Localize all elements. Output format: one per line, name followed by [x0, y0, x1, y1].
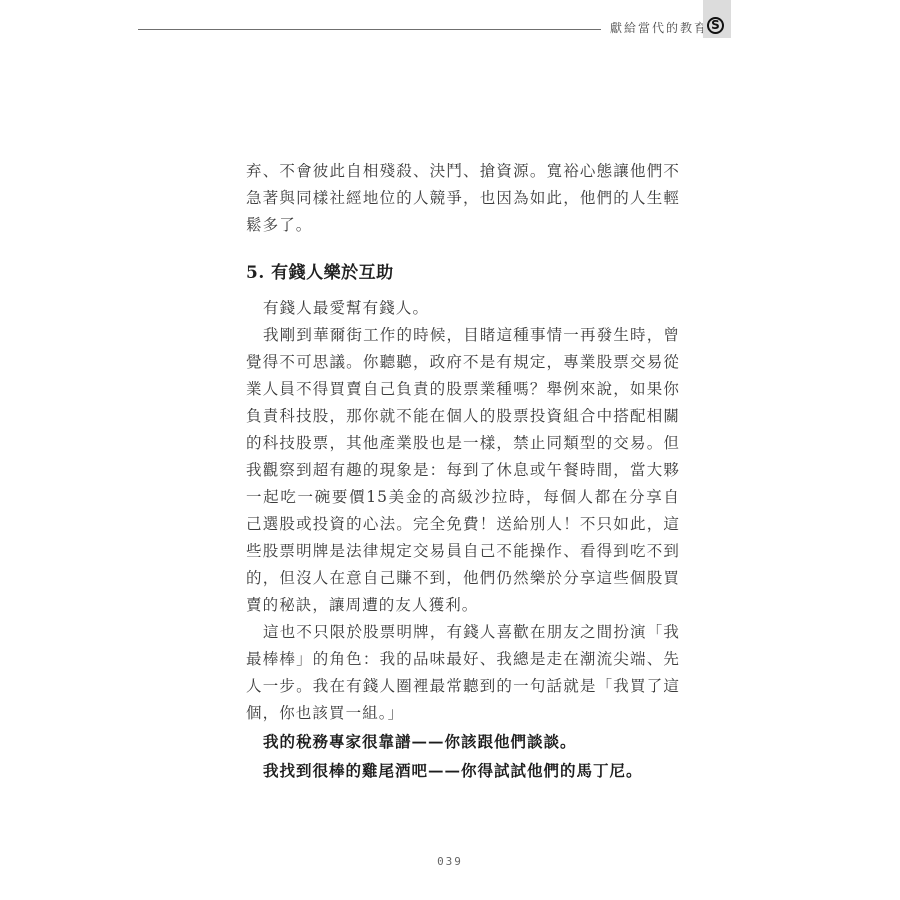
- section-heading: 5. 有錢人樂於互助: [246, 259, 680, 287]
- paragraph: 我剛到華爾街工作的時候，目睹這種事情一再發生時，曾覺得不可思議。你聽聽，政府不是…: [246, 322, 680, 619]
- paragraph: 有錢人最愛幫有錢人。: [246, 295, 680, 322]
- paragraph: 這也不只限於股票明牌，有錢人喜歡在朋友之間扮演「我最棒棒」的角色：我的品味最好、…: [246, 619, 680, 727]
- page-number: 039: [0, 855, 900, 868]
- header-rule: [138, 29, 601, 30]
- chapter-tab: S: [703, 0, 731, 38]
- bold-quote: 我的稅務專家很靠譜——你該跟他們談談。: [246, 727, 680, 756]
- s-circle-icon: S: [707, 17, 724, 34]
- page-body: 弃、不會彼此自相殘殺、決鬥、搶資源。寬裕心態讓他們不急著與同樣社經地位的人競爭，…: [246, 158, 680, 785]
- running-title: 獻給當代的教育: [610, 20, 708, 36]
- opening-paragraph: 弃、不會彼此自相殘殺、決鬥、搶資源。寬裕心態讓他們不急著與同樣社經地位的人競爭，…: [246, 158, 680, 239]
- bold-quote: 我找到很棒的雞尾酒吧——你得試試他們的馬丁尼。: [246, 756, 680, 785]
